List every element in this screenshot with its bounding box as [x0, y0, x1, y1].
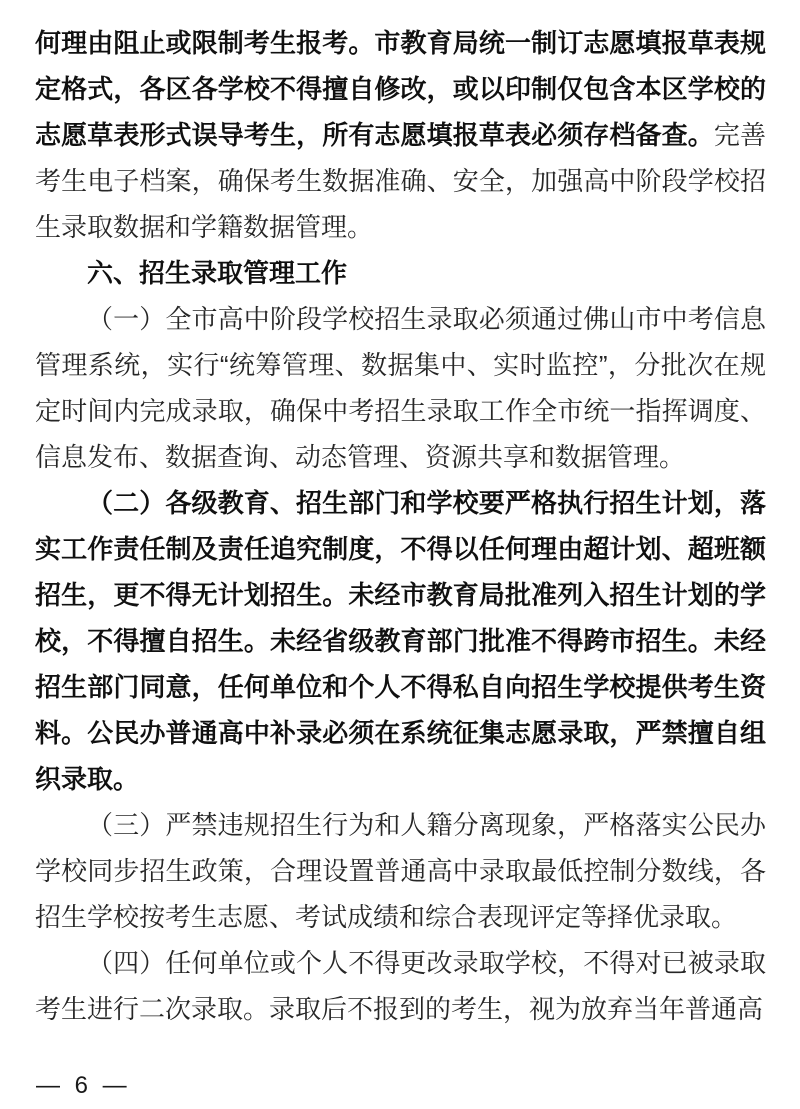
document-body: 何理由阻止或限制考生报考。市教育局统一制订志愿填报草表规定格式，各区各学校不得擅… [35, 20, 766, 1032]
section-heading: 六、招生录取管理工作 [35, 250, 766, 296]
item-1-paragraph: （一）全市高中阶段学校招生录取必须通过佛山市中考信息管理系统，实行“统筹管理、数… [35, 296, 766, 480]
item-4-paragraph: （四）任何单位或个人不得更改录取学校，不得对已被录取考生进行二次录取。录取后不报… [35, 940, 766, 1032]
item-3-paragraph: （三）严禁违规招生行为和人籍分离现象，严格落实公民办学校同步招生政策，合理设置普… [35, 802, 766, 940]
continuation-bold-text: 何理由阻止或限制考生报考。市教育局统一制订志愿填报草表规定格式，各区各学校不得擅… [35, 28, 766, 150]
item-2-paragraph: （二）各级教育、招生部门和学校要严格执行招生计划，落实工作责任制及责任追究制度，… [35, 480, 766, 802]
page-number: — 6 — [36, 1072, 131, 1100]
document-page: 何理由阻止或限制考生报考。市教育局统一制订志愿填报草表规定格式，各区各学校不得擅… [0, 0, 800, 1109]
paragraph-continuation: 何理由阻止或限制考生报考。市教育局统一制订志愿填报草表规定格式，各区各学校不得擅… [35, 20, 766, 250]
